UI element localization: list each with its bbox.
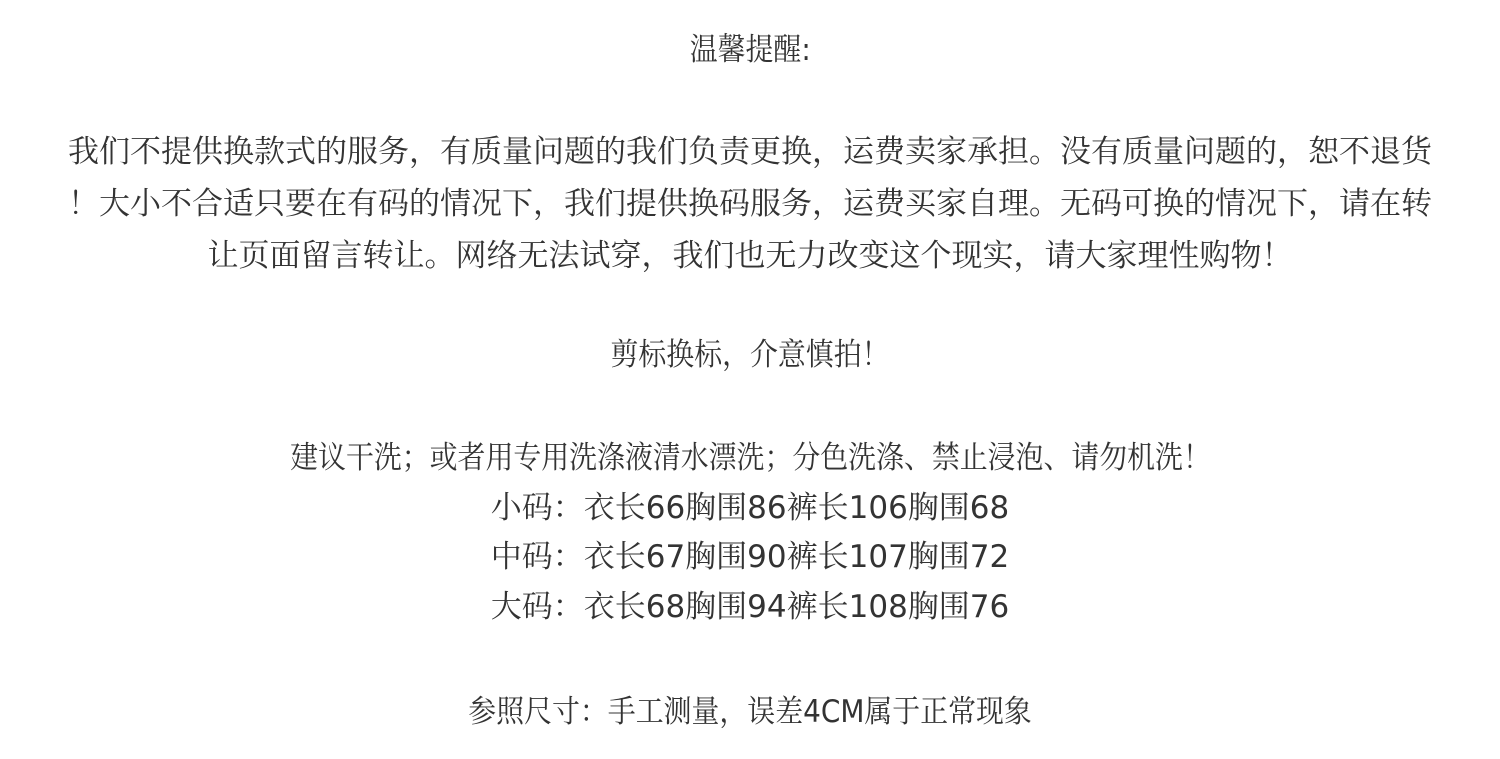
size-row-large: 大码：衣长68胸围94裤长108胸围76 — [0, 587, 1500, 627]
reference-note-text: 参照尺寸：手工测量，误差4CM属于正常现象 — [468, 692, 1032, 732]
notice-title: 温馨提醒: — [0, 30, 1500, 70]
policy-line-text: 我们不提供换款式的服务，有质量问题的我们负责更换，运费卖家承担。没有质量问题的，… — [68, 134, 1432, 170]
reference-note: 参照尺寸：手工测量，误差4CM属于正常现象 — [0, 692, 1500, 732]
policy-line: ！大小不合适只要在有码的情况下，我们提供换码服务，运费买家自理。无码可换的情况下… — [0, 184, 1500, 224]
policy-line-text: 让页面留言转让。网络无法试穿，我们也无力改变这个现实，请大家理性购物！ — [208, 238, 1293, 274]
policy-line: 让页面留言转让。网络无法试穿，我们也无力改变这个现实，请大家理性购物！ — [0, 236, 1500, 276]
label-cut-notice-text: 剪标换标，介意慎拍！ — [611, 335, 890, 375]
size-row-small: 小码：衣长66胸围86裤长106胸围68 — [0, 488, 1500, 528]
policy-line-text: ！大小不合适只要在有码的情况下，我们提供换码服务，运费买家自理。无码可换的情况下… — [68, 186, 1432, 222]
label-cut-notice: 剪标换标，介意慎拍！ — [0, 335, 1500, 375]
size-row-text: 大码：衣长68胸围94裤长108胸围76 — [491, 589, 1010, 625]
size-row-medium: 中码：衣长67胸围90裤长107胸围72 — [0, 537, 1500, 577]
size-row-text: 小码：衣长66胸围86裤长106胸围68 — [491, 490, 1010, 526]
care-instructions: 建议干洗；或者用专用洗涤液清水漂洗；分色洗涤、禁止浸泡、请勿机洗！ — [0, 438, 1500, 478]
size-row-text: 中码：衣长67胸围90裤长107胸围72 — [491, 539, 1010, 575]
care-instructions-text: 建议干洗；或者用专用洗涤液清水漂洗；分色洗涤、禁止浸泡、请勿机洗！ — [290, 438, 1211, 478]
policy-line: 我们不提供换款式的服务，有质量问题的我们负责更换，运费卖家承担。没有质量问题的，… — [0, 132, 1500, 172]
notice-title-text: 温馨提醒: — [689, 30, 810, 70]
